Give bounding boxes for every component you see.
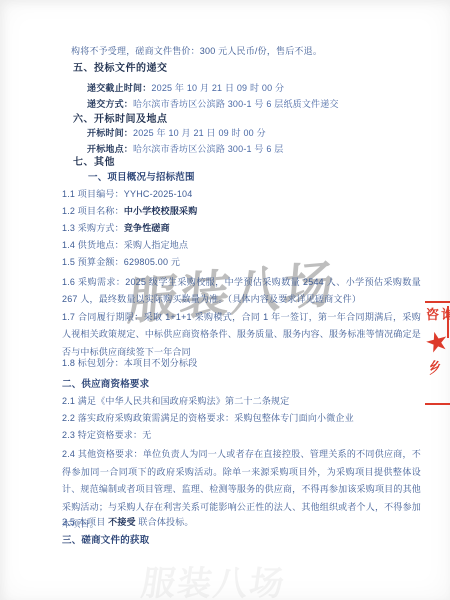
submission-method-label: 递交方式： <box>87 99 133 109</box>
item-1-3-value: 竞争性磋商 <box>124 223 170 233</box>
opening-time-label: 开标时间： <box>87 128 133 138</box>
scanned-document-page: 服装八场 服装八场 构将不予受理，磋商文件售价：300 元人民币/份，售后不退。… <box>0 0 450 600</box>
item-2-5-suffix: 联合体投标。 <box>136 517 194 527</box>
item-2-2: 2.2 落实政府采购政策需满足的资格要求：采购包整体专门面向小微企业 <box>62 413 354 424</box>
opening-time-value: 2025 年 10 月 21 日 09 时 00 分 <box>133 128 266 138</box>
item-1-6: 1.6 采购需求：2025 级学生采购校服，中学预估采购数量 2544 人、小学… <box>62 274 421 309</box>
item-2-3: 2.3 特定资格要求：无 <box>62 430 151 441</box>
seal-script-mark: 乡 <box>424 355 443 377</box>
submission-deadline-value: 2025 年 10 月 21 日 09 时 00 分 <box>151 83 284 93</box>
red-seal-stamp: 咨询 ★ 乡 <box>425 301 450 405</box>
part1-title: 一、项目概况与招标范围 <box>88 172 195 183</box>
item-1-2-label: 1.2 项目名称： <box>62 206 124 216</box>
opening-place-value: 哈尔滨市香坊区公滨路 300-1 号 6 层 <box>133 144 283 154</box>
item-2-1: 2.1 满足《中华人民共和国政府采购法》第二十二条规定 <box>62 396 289 407</box>
intro-line: 构将不予受理，磋商文件售价：300 元人民币/份，售后不退。 <box>71 46 322 57</box>
submission-method-value: 哈尔滨市香坊区公滨路 300-1 号 6 层纸质文件递交 <box>133 99 339 109</box>
item-2-5-emphasis: 不接受 <box>108 517 136 527</box>
submission-method-row: 递交方式：哈尔滨市香坊区公滨路 300-1 号 6 层纸质文件递交 <box>87 99 339 110</box>
item-1-3-label: 1.3 采购方式： <box>62 223 124 233</box>
item-1-2: 1.2 项目名称：中小学校校服采购 <box>62 206 197 217</box>
part3-title: 三、磋商文件的获取 <box>62 535 149 546</box>
item-1-1: 1.1 项目编号：YYHC-2025-104 <box>62 189 192 200</box>
section-6-title: 六、开标时间及地点 <box>73 114 168 125</box>
section-5-title: 五、投标文件的递交 <box>73 63 168 74</box>
item-1-8: 1.8 标包划分：本项目不划分标段 <box>62 358 197 369</box>
submission-deadline-row: 递交截止时间：2025 年 10 月 21 日 09 时 00 分 <box>87 83 284 94</box>
item-2-5-prefix: 2.5 本项目 <box>62 517 108 527</box>
opening-place-row: 开标地点：哈尔滨市香坊区公滨路 300-1 号 6 层 <box>87 144 283 155</box>
submission-deadline-label: 递交截止时间： <box>87 83 151 93</box>
star-icon: ★ <box>422 326 450 358</box>
opening-time-row: 开标时间：2025 年 10 月 21 日 09 时 00 分 <box>87 128 266 139</box>
item-2-5: 2.5 本项目 不接受 联合体投标。 <box>62 517 194 528</box>
item-1-7: 1.7 合同履行期限：采取 1+1+1 采购模式，合同 1 年一签订，第一年合同… <box>62 309 421 361</box>
item-1-4: 1.4 供货地点：采购人指定地点 <box>62 240 188 251</box>
part2-title: 二、供应商资格要求 <box>62 379 149 390</box>
opening-place-label: 开标地点： <box>87 144 133 154</box>
item-1-5: 1.5 预算金额：629805.00 元 <box>62 257 180 268</box>
watermark-bottom: 服装八场 <box>139 556 290 600</box>
item-1-3: 1.3 采购方式：竞争性磋商 <box>62 223 170 234</box>
section-7-title: 七、其他 <box>73 157 115 168</box>
item-1-2-value: 中小学校校服采购 <box>124 206 198 216</box>
